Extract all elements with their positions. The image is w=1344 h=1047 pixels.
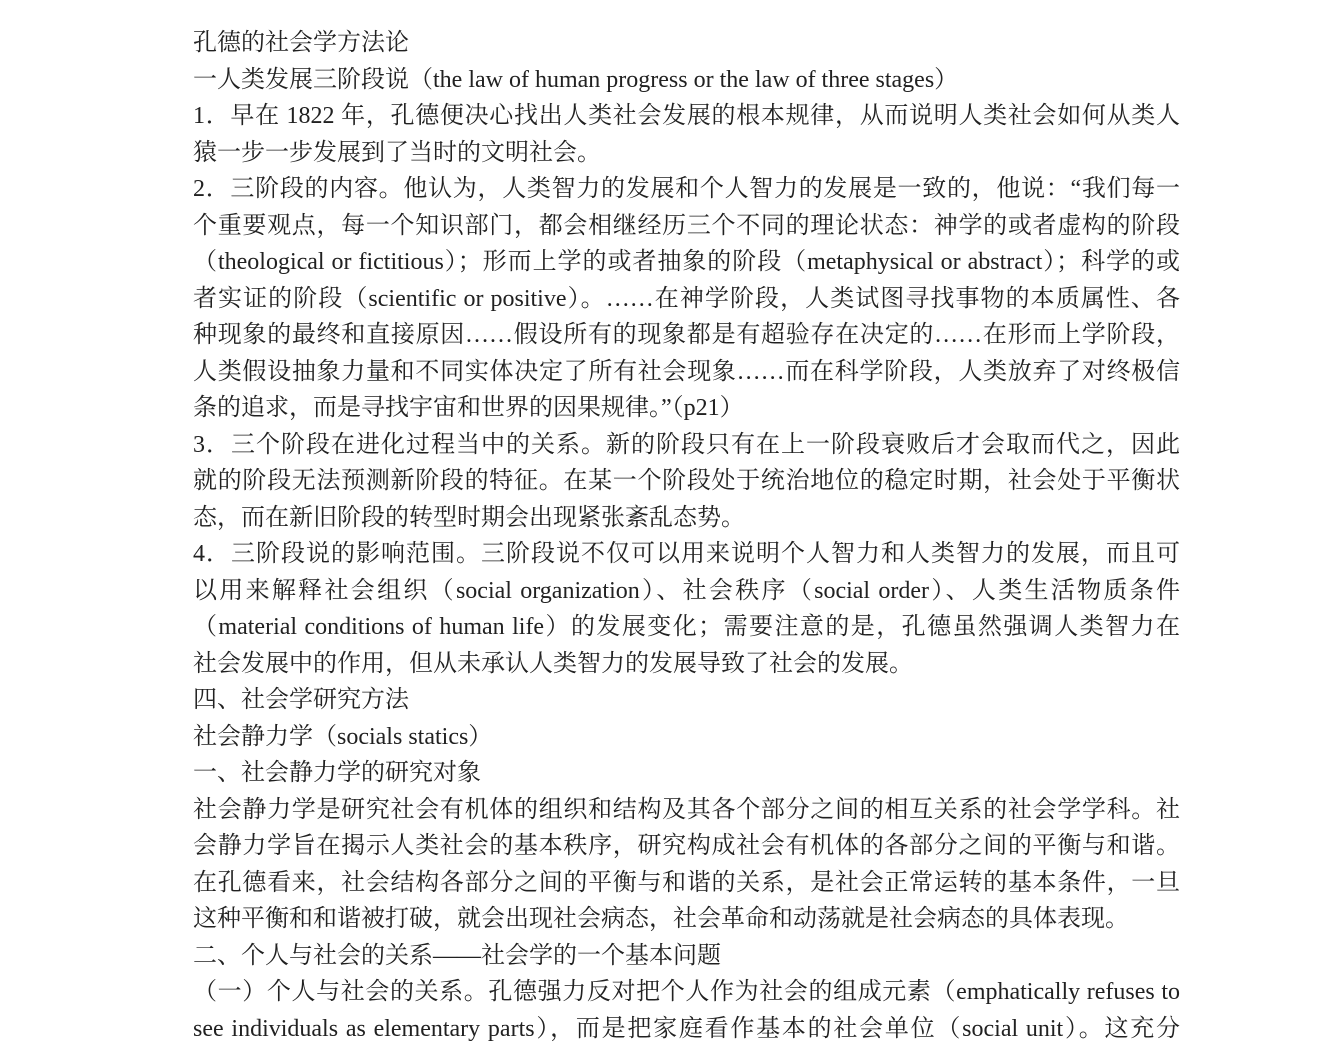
text-line: 社会静力学（socials statics） [193,719,1180,756]
text-line: 以用来解释社会组织（social organization）、社会秩序（soci… [193,573,1180,610]
text-line: 一人类发展三阶段说（the law of human progress or t… [193,62,1180,99]
text-line: 条的追求，而是寻找宇宙和世界的因果规律。”（p21） [193,390,1180,427]
text-line: 猿一步一步发展到了当时的文明社会。 [193,135,1180,172]
text-line: see individuals as elementary parts），而是把… [193,1011,1180,1047]
text-line: 社会静力学是研究社会有机体的组织和结构及其各个部分之间的相互关系的社会学学科。社 [193,792,1180,829]
text-line: 四、社会学研究方法 [193,682,1180,719]
text-line: 4．三阶段说的影响范围。三阶段说不仅可以用来说明个人智力和人类智力的发展，而且可 [193,536,1180,573]
text-line: 个重要观点，每一个知识部门，都会相继经历三个不同的理论状态：神学的或者虚构的阶段 [193,208,1180,245]
text-line: 1．早在 1822 年，孔德便决心找出人类社会发展的根本规律，从而说明人类社会如… [193,98,1180,135]
text-line: 者实证的阶段（scientific or positive）。……在神学阶段，人… [193,281,1180,318]
text-line: 态，而在新旧阶段的转型时期会出现紧张紊乱态势。 [193,500,1180,537]
text-line: 2．三阶段的内容。他认为，人类智力的发展和个人智力的发展是一致的，他说：“我们每… [193,171,1180,208]
text-line: 就的阶段无法预测新阶段的特征。在某一个阶段处于统治地位的稳定时期，社会处于平衡状 [193,463,1180,500]
text-line: 社会发展中的作用，但从未承认人类智力的发展导致了社会的发展。 [193,646,1180,683]
text-line: 种现象的最终和直接原因……假设所有的现象都是有超验存在决定的……在形而上学阶段， [193,317,1180,354]
text-line: 在孔德看来，社会结构各部分之间的平衡与和谐的关系，是社会正常运转的基本条件，一旦 [193,865,1180,902]
text-line: （一）个人与社会的关系。孔德强力反对把个人作为社会的组成元素（emphatica… [193,974,1180,1011]
text-line: 孔德的社会学方法论 [193,25,1180,62]
text-line: 二、个人与社会的关系——社会学的一个基本问题 [193,938,1180,975]
text-line: 3．三个阶段在进化过程当中的关系。新的阶段只有在上一阶段衰败后才会取而代之，因此 [193,427,1180,464]
document-page: 孔德的社会学方法论 一人类发展三阶段说（the law of human pro… [193,25,1180,1047]
text-line: 一、社会静力学的研究对象 [193,755,1180,792]
text-line: （theological or fictitious）；形而上学的或者抽象的阶段… [193,244,1180,281]
text-line: 这种平衡和和谐被打破，就会出现社会病态，社会革命和动荡就是社会病态的具体表现。 [193,901,1180,938]
text-line: （material conditions of human life）的发展变化… [193,609,1180,646]
text-line: 会静力学旨在揭示人类社会的基本秩序，研究构成社会有机体的各部分之间的平衡与和谐。 [193,828,1180,865]
text-line: 人类假设抽象力量和不同实体决定了所有社会现象……而在科学阶段，人类放弃了对终极信 [193,354,1180,391]
